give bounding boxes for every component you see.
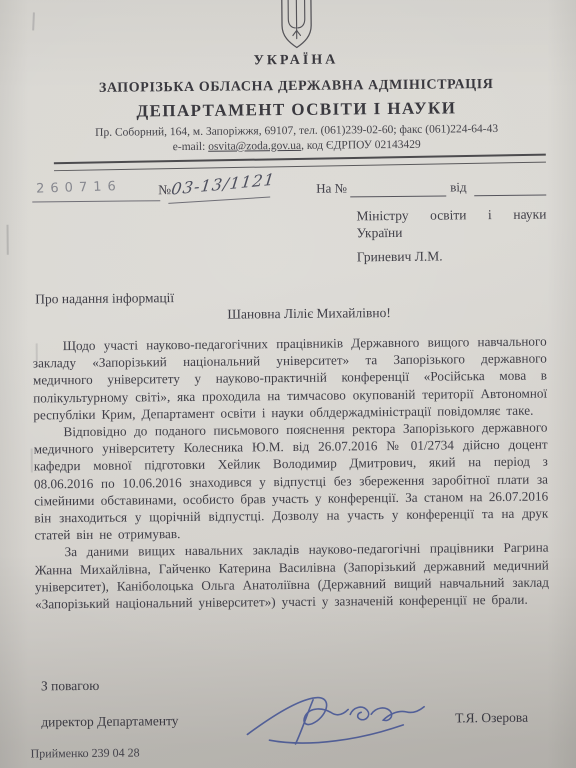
signatory-position: директор Департаменту [41, 713, 178, 730]
body-paragraph-3: За даними вищих навальних закладів науко… [35, 539, 550, 613]
scan-artifact-mark [32, 12, 35, 30]
recipient-line2: України [357, 225, 403, 240]
document-content: УКРАЇНА ЗАПОРІЗЬКА ОБЛАСНА ДЕРЖАВНА АДМІ… [0, 0, 576, 768]
body-paragraph-2: Відповідно до поданого письмового поясне… [33, 419, 548, 544]
edrpou-code: , код ЄДРПОУ 02143429 [301, 139, 421, 152]
email-address: osvita@zoda.gov.ua [208, 140, 301, 153]
scanned-letter-page: УКРАЇНА ЗАПОРІЗЬКА ОБЛАСНА ДЕРЖАВНА АДМІ… [0, 0, 576, 768]
recipient-block: Міністру освіти і науки України [356, 206, 546, 242]
outgoing-date-blank [32, 200, 160, 202]
signatory-name: Т.Я. Озерова [455, 710, 528, 727]
ukraine-trident-icon [277, 0, 316, 58]
outgoing-date-stamp: 260716 [36, 178, 154, 197]
body-paragraph-1: Щодо участі науково-педагогічних працівн… [33, 333, 548, 424]
letter-body: Щодо участі науково-педагогічних працівн… [33, 333, 550, 613]
administration-title: ЗАПОРІЗЬКА ОБЛАСНА ДЕРЖАВНА АДМІНІСТРАЦІ… [0, 76, 573, 98]
scan-artifact-mark [31, 448, 33, 472]
country-title: УКРАЇНА [0, 50, 573, 72]
email-line: e-mail: osvita@zoda.gov.ua, код ЄДРПОУ 0… [0, 137, 574, 155]
executor-phone-line: Прийменко 239 04 28 [31, 745, 140, 761]
email-label: e-mail: [173, 141, 209, 153]
outgoing-number-handwritten: 03-13/1121 [170, 170, 276, 199]
incoming-date-blank [474, 195, 546, 197]
incoming-date-label: від [450, 179, 467, 195]
salutation: Шановна Ліліє Михайлівно! [227, 305, 391, 323]
incoming-number-blank [350, 195, 446, 197]
incoming-number-label: На № [316, 180, 347, 196]
handwritten-signature [243, 687, 434, 753]
outgoing-number-blank [168, 197, 270, 204]
letterhead-divider-rule [54, 154, 546, 172]
subject-line: Про надання інформації [35, 290, 174, 307]
recipient-name: Гриневич Л.М. [357, 249, 443, 266]
scan-artifact-mark [6, 225, 8, 255]
department-title: ДЕПАРТАМЕНТ ОСВІТИ І НАУКИ [0, 97, 573, 123]
recipient-line1: Міністру освіти і науки [356, 206, 546, 225]
number-sign: № [158, 182, 171, 198]
closing-regards: З повагою [41, 678, 99, 695]
